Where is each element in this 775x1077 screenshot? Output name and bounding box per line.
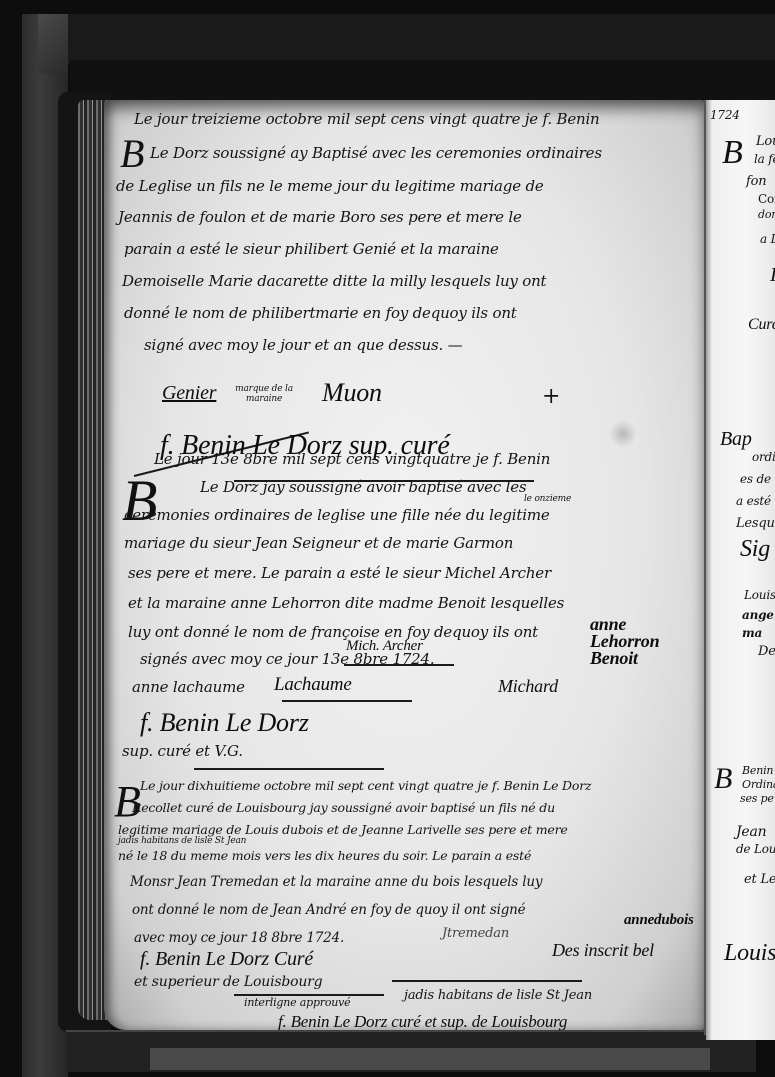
entry-3-line-1: Le jour dixhuitieme octobre mil sept cen… [140,778,591,793]
facing-text: donn [758,208,775,221]
signature-jtremedan: Jtremedan [442,926,509,941]
entry-2-line-4: mariage du sieur Jean Seigneur et de mar… [124,534,513,552]
facing-text: es de [740,472,771,486]
signature-des-inscrit-bel: Des inscrit bel [552,940,654,961]
lachaume-underline [282,700,412,702]
facing-text: ses pe [740,792,774,805]
facing-text: Louisb [724,940,775,967]
closing-signature: f. Benin Le Dorz curé et sup. de Louisbo… [278,1012,567,1030]
facing-text: la fe [754,152,775,166]
signature-mich-archer: Mich. Archer [346,638,423,655]
entry-1-line-5: parain a esté le sieur philibert Genié e… [124,240,499,258]
signature-anne-lachaume: anne lachaume [132,678,245,696]
facing-text: Benin [742,764,773,777]
entry-3-line-2: Recollet curé de Louisbourg jay soussign… [132,800,555,815]
facing-text: Sig [740,536,770,563]
facing-text: Lou [756,134,775,149]
signature-lachaume: Lachaume [274,674,352,696]
scanned-register-image: B Le jour treizieme octobre mil sept cen… [0,0,775,1077]
entry-2-line-3: ceremonies ordinaires de leglise une fil… [124,506,550,524]
binding-corner [38,14,68,74]
facing-text: Cure [748,316,775,334]
approval-note: interligne approuvé [244,996,351,1009]
entry-1-line-3: de Leglise un fils ne le meme jour du le… [116,177,544,195]
signature-marque-maraine: marque de la maraine [234,384,294,404]
entry-1-line-1: Le jour treizieme octobre mil sept cens … [134,110,600,128]
cover-edge-top [70,60,775,100]
facing-margin-mark-1: B [722,136,743,170]
entry-3-line-3: legitime mariage de Louis dubois et de J… [118,822,568,837]
signature-genier: Genier [162,382,216,405]
margin-mark-entry-1: B [120,134,144,174]
entry-2-separator [194,768,384,770]
interlinear-insertion-entry-2: le onzieme [524,494,571,504]
signature-annedubois: annedubois [624,912,694,929]
binding-board-bottom-inner [150,1048,710,1070]
officiant-title-entry-3: et superieur de Louisbourg [134,974,322,990]
entry-2-line-2: Le Dorz jay soussigné avoir baptisé avec… [200,478,526,496]
entry-1-line-8: signé avec moy le jour et an que dessus.… [144,336,462,354]
facing-text: et Le [744,872,775,887]
facing-folio-year: 1724 [710,108,740,122]
annotation-rule [392,980,582,982]
signature-michard: Michard [498,676,558,697]
facing-text: Jean [736,824,766,840]
facing-text: Con [758,192,775,206]
facing-text: Lesque [736,516,775,531]
entry-3-line-4: né le 18 du meme mois vers les dix heure… [118,848,531,863]
entry-2-line-1: Le jour 13e 8bre mil sept cens vingtquat… [154,450,550,468]
facing-text: a Lou [760,232,775,246]
facing-text: ange [742,608,774,622]
facing-text: ma [742,626,762,640]
facing-text: Ordina [742,778,775,791]
paper-stain [609,420,637,448]
cross-mark: + [542,384,560,409]
entry-1-line-6: Demoiselle Marie dacarette ditte la mill… [122,272,546,290]
officiant-title-entry-2: sup. curé et V.G. [122,742,243,760]
officiant-signature-entry-3: f. Benin Le Dorz Curé [140,948,313,971]
entry-3-line-6: ont donné le nom de Jean André en foy de… [132,902,525,918]
entry-2-line-6: et la maraine anne Lehorron dite madme B… [128,594,564,612]
facing-page-fragment: 1724 B Lou la fe fon Con donn a Lou Il C… [706,100,775,1040]
margin-annotation-entry-3: jadis habitans de lisle St Jean [404,988,592,1003]
facing-text: fon [746,174,766,189]
facing-text: Il [770,264,775,287]
entry-2-line-5: ses pere et mere. Le parain a esté le si… [128,564,551,582]
entry-1-line-4: Jeannis de foulon et de marie Boro ses p… [118,208,522,226]
facing-text: Louis [744,588,775,602]
register-page: B Le jour treizieme octobre mil sept cen… [104,100,704,1030]
binding-frame-top [22,14,775,64]
facing-text: de Lou [736,842,775,856]
entry-1-line-7: donné le nom de philibertmarie en foy de… [124,304,517,322]
entry-2-line-7: luy ont donné le nom de françoise en foy… [128,623,538,641]
signature-muon: Muon [322,378,382,408]
facing-text: De [758,644,775,659]
entry-3-line-5: Monsr Jean Tremedan et la maraine anne d… [130,874,542,890]
facing-text: a esté [736,494,771,508]
facing-text: Bap [720,428,752,451]
entry-3-line-7: avec moy ce jour 18 8bre 1724. [134,930,344,946]
facing-margin-mark-2: B [714,764,732,794]
facing-text: ordin [752,450,775,464]
officiant-signature-entry-2: f. Benin Le Dorz [140,708,309,738]
entry-1-line-2: Le Dorz soussigné ay Baptisé avec les ce… [150,144,602,162]
archer-underline [344,664,454,666]
signature-anne-lehorron-benoit: anne Lehorron Benoit [590,616,686,667]
interlinear-insertion-entry-3: jadis habitans de lisle St Jean [118,836,246,846]
